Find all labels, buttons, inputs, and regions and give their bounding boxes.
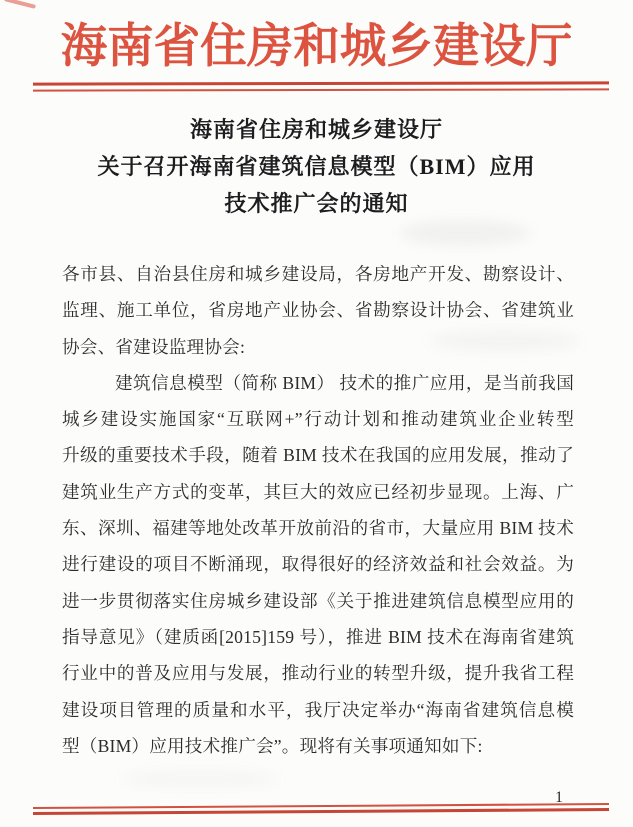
body-line: 行业中的普及应用与发展，推动行业的转型升级，提升我省工程 [62,655,574,691]
document-title-line-3: 技术推广会的通知 [0,185,633,222]
body-line: 建筑信息模型（简称 BIM） 技术的推广应用，是当前我国 [62,365,574,401]
scan-smudge [120,770,280,788]
header-rule-thin [33,88,609,91]
body-line: 升级的重要技术手段，随着 BIM 技术在我国的应用发展，推动了 [62,437,574,473]
letterhead-title: 海南省住房和城乡建设厅 [3,16,630,78]
footer-rule-thick [33,808,609,815]
salutation-line: 各市县、自治县住房和城乡建设局，各房地产开发、勘察设计、 [62,256,574,292]
salutation-line: 协会、省建设监理协会: [62,329,574,365]
body-line: 城乡建设实施国家“互联网+”行动计划和推动建筑业企业转型 [62,401,574,437]
scan-smudge [400,220,530,246]
document-body: 各市县、自治县住房和城乡建设局，各房地产开发、勘察设计、 监理、施工单位，省房地… [62,256,574,764]
body-line: 进一步贯彻落实住房城乡建设部《关于推进建筑信息模型应用的 [62,583,574,619]
body-line: 指导意见》（建质函[2015]159 号），推进 BIM 技术在海南省建筑 [62,619,574,655]
scanned-official-notice-page: 海南省住房和城乡建设厅 海南省住房和城乡建设厅 关于召开海南省建筑信息模型（BI… [0,0,633,827]
red-corner-scan-mark [4,0,36,9]
salutation-line: 监理、施工单位，省房地产业协会、省勘察设计协会、省建筑业 [62,292,574,328]
document-title-line-1: 海南省住房和城乡建设厅 [0,111,633,148]
document-title: 海南省住房和城乡建设厅 关于召开海南省建筑信息模型（BIM）应用 技术推广会的通… [0,111,633,222]
body-line: 建筑业生产方式的变革，其巨大的效应已经初步显现。上海、广 [62,474,574,510]
document-title-line-2: 关于召开海南省建筑信息模型（BIM）应用 [0,148,633,185]
body-line: 型（BIM）应用技术推广会”。现将有关事项通知如下: [62,728,574,764]
body-line: 东、深圳、福建等地处改革开放前沿的省市，大量应用 BIM 技术 [62,510,574,546]
body-line: 建设项目管理的质量和水平，我厅决定举办“海南省建筑信息模 [62,692,574,728]
page-number: 1 [555,789,563,807]
header-rule-thick [33,81,609,85]
body-line: 进行建设的项目不断涌现，取得很好的经济效益和社会效益。为 [62,546,574,582]
